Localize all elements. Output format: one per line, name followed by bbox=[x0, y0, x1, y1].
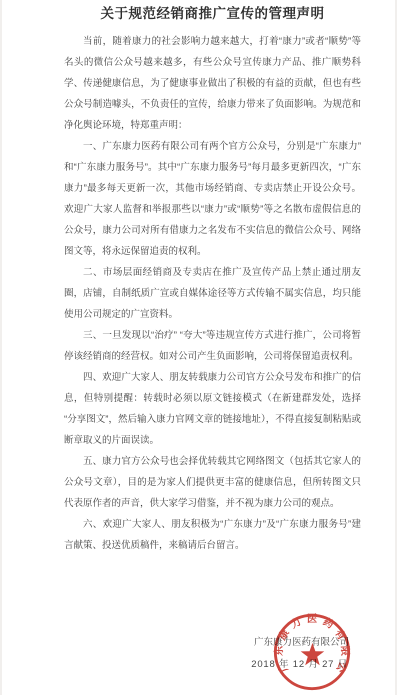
paragraph-intro: 当前，随着康力的社会影响力越来越大，打着“康力”或者“顺势”等名头的微信公众号越… bbox=[64, 31, 361, 136]
paragraph-item-3: 三、一旦发现以“治疗” “夸大”等违规宣传方式进行推广，公司将暂停该经销商的经营… bbox=[64, 325, 361, 367]
signature-block: 广东康力医药有限公司 2018 年 12 月 27 日 bbox=[64, 632, 361, 676]
document-body: 当前，随着康力的社会影响力越来越大，打着“康力”或者“顺势”等名头的微信公众号越… bbox=[64, 31, 361, 556]
document-content: 关于规范经销商推广宣传的管理声明 当前，随着康力的社会影响力越来越大，打着“康力… bbox=[64, 5, 361, 676]
paragraph-item-6: 六、欢迎广大家人、朋友积极为“广东康力”及“广东康力服务号”建言献策、投送优质稿… bbox=[64, 514, 361, 556]
paragraph-item-4: 四、欢迎广大家人、朋友转载康力公司官方公众号发布和推广的信息，但特别提醒：转载时… bbox=[64, 367, 361, 451]
paragraph-item-5: 五、康力官方公众号也会择优转载其它网络图文（包括其它家人的公众号文章），目的是为… bbox=[64, 451, 361, 514]
document-page: 关于规范经销商推广宣传的管理声明 当前，随着康力的社会影响力越来越大，打着“康力… bbox=[0, 0, 397, 695]
document-title: 关于规范经销商推广宣传的管理声明 bbox=[64, 5, 361, 23]
signature-date: 2018 年 12 月 27 日 bbox=[64, 654, 361, 676]
paragraph-item-2: 二、市场层面经销商及专卖店在推广及宣传产品上禁止通过朋友圈，店铺，自制纸质广宣或… bbox=[64, 262, 361, 325]
signature-company-name: 广东康力医药有限公司 bbox=[64, 632, 361, 654]
paragraph-item-1: 一、广东康力医药有限公司有两个官方公众号，分别是“广东康力”和“广东康力服务号”… bbox=[64, 136, 361, 262]
